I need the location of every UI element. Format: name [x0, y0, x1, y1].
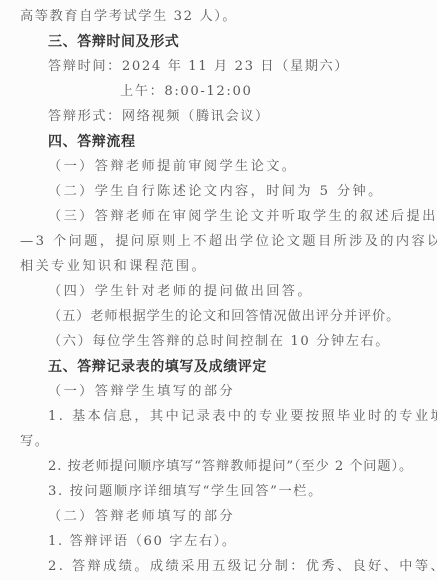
student-item-1: 1. 基本信息，其中记录表中的专业要按照毕业时的专业填	[48, 408, 437, 426]
defense-time: 答辩时间：2024 年 11 月 23 日（星期六）	[48, 58, 349, 76]
student-item-2: 2. 按老师提问顺序填写“答辩教师提问”（至少 2 个问题）。	[48, 458, 413, 476]
section-heading-3: 三、答辩时间及形式	[48, 33, 179, 51]
paragraph-line: 写。	[20, 433, 50, 451]
process-step-2: （二）学生自行陈述论文内容，时间为 5 分钟。	[48, 183, 384, 201]
subsection-teacher: （二）答辩老师填写的部分	[48, 508, 235, 526]
defense-format: 答辩形式：网络视频（腾讯会议）	[48, 108, 270, 126]
process-step-1: （一）答辩老师提前审阅学生论文。	[48, 158, 297, 176]
teacher-item-1: 1. 答辩评语（60 字左右）。	[48, 533, 237, 551]
process-step-5: （五）老师根据学生的论文和回答情况做出评分并评价。	[48, 308, 400, 326]
paragraph-line: 相关专业知识和课程范围。	[20, 258, 207, 276]
section-heading-4: 四、答辩流程	[48, 133, 136, 151]
document-page: 高等教育自学考试学生 32 人）。 三、答辩时间及形式 答辩时间：2024 年 …	[0, 0, 437, 580]
paragraph-line: 高等教育自学考试学生 32 人）。	[20, 8, 237, 26]
process-step-6: （六）每位学生答辩的总时间控制在 10 分钟左右。	[48, 333, 390, 351]
paragraph-line: —3 个问题，提问原则上不超出学位论文题目所涉及的内容以及	[20, 233, 437, 251]
subsection-student: （一）答辩学生填写的部分	[48, 383, 235, 401]
process-step-4: （四）学生针对老师的提问做出回答。	[48, 283, 313, 301]
student-item-3: 3. 按问题顺序详细填写“学生回答”一栏。	[48, 483, 323, 501]
process-step-3: （三）答辩老师在审阅学生论文并听取学生的叙述后提出 2	[48, 208, 437, 226]
defense-time-slot: 上午：8:00-12:00	[120, 83, 252, 101]
section-heading-5: 五、答辩记录表的填写及成绩评定	[48, 358, 267, 376]
teacher-item-2: 2. 答辩成绩。成绩采用五级记分制：优秀、良好、中等、及	[48, 558, 437, 576]
